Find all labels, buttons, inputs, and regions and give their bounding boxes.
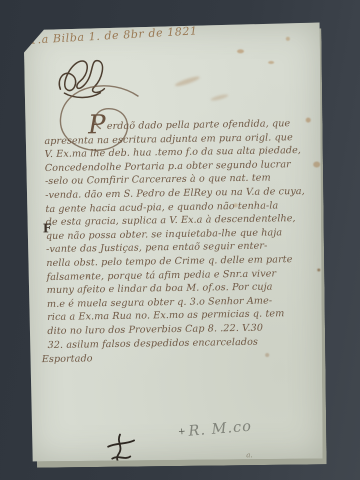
foxing-spot [237,49,244,53]
foxing-spot [286,37,290,41]
foxing-spot [317,268,320,271]
body-line-text: erdaõ dado pella parte ofendida, que [107,118,291,132]
foxing-spot [306,118,311,123]
foxing-spot [313,161,320,167]
letter-body: Perdaõ dado pella parte ofendida, que ap… [44,117,310,367]
dateline: 1.a Bilba 1. de 8br de 1821 [30,21,260,47]
small-ink-mark: a. [246,451,252,459]
margin-mark: F [43,221,52,235]
manuscript-page: 1.a Bilba 1. de 8br de 1821 Perdaõ dado … [24,22,325,461]
scanner-background: 1.a Bilba 1. de 8br de 1821 Perdaõ dado … [0,0,360,480]
ink-scribble-icon [104,430,138,474]
plus-mark: + [178,427,187,438]
closing-line: Esportado [42,349,310,367]
ink-smudge [210,93,228,101]
foxing-spot [268,61,274,64]
ink-smudge [174,75,200,88]
clerk-mark: +R. M.co [177,419,252,441]
clerk-mark-text: R. M.co [188,419,253,440]
